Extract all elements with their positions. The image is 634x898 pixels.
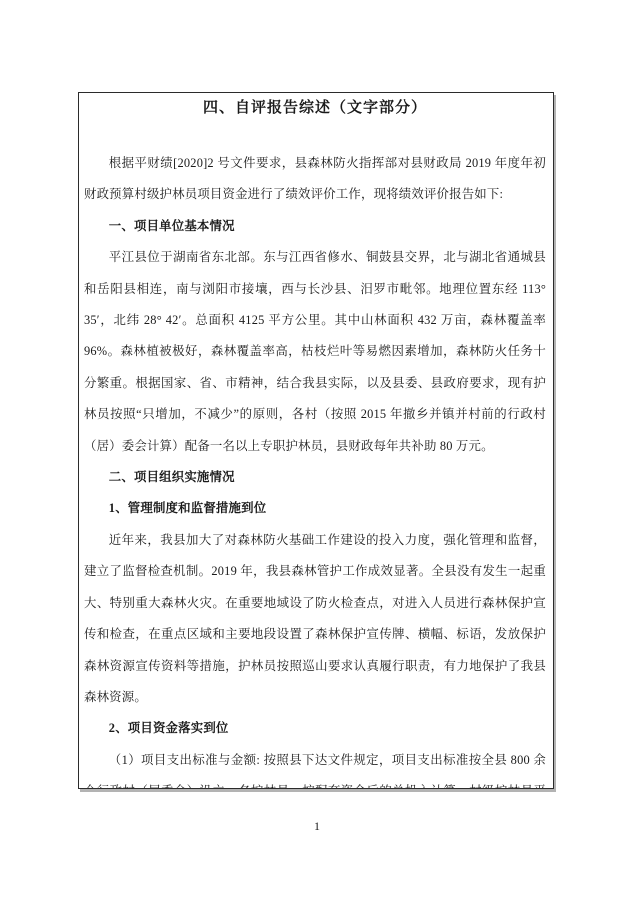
section-1-heading: 一、项目单位基本情况 bbox=[84, 211, 546, 242]
page-number: 1 bbox=[0, 818, 634, 834]
report-title: 四、自评报告综述（文字部分） bbox=[84, 98, 546, 118]
document-page: 四、自评报告综述（文字部分） 根据平财绩[2020]2 号文件要求，县森林防火指… bbox=[0, 0, 634, 898]
section-2-heading: 二、项目组织实施情况 bbox=[84, 462, 546, 493]
subsection-2-1-heading: 1、管理制度和监督措施到位 bbox=[84, 493, 546, 524]
subsection-2-2-heading: 2、项目资金落实到位 bbox=[84, 713, 546, 744]
report-border-frame: 四、自评报告综述（文字部分） 根据平财绩[2020]2 号文件要求，县森林防火指… bbox=[78, 92, 554, 789]
subsection-2-1-paragraph: 近年来，我县加大了对森林防火基础工作建设的投入力度，强化管理和监督，建立了监督检… bbox=[84, 525, 546, 713]
subsection-2-2-paragraph: （1）项目支出标准与金额: 按照县下达文件规定，项目支出标准按全县 800 余个… bbox=[84, 745, 546, 789]
section-1-paragraph: 平江县位于湖南省东北部。东与江西省修水、铜鼓县交界，北与湖北省通城县和岳阳县相连… bbox=[84, 242, 546, 462]
intro-paragraph: 根据平财绩[2020]2 号文件要求，县森林防火指挥部对县财政局 2019 年度… bbox=[84, 148, 546, 211]
